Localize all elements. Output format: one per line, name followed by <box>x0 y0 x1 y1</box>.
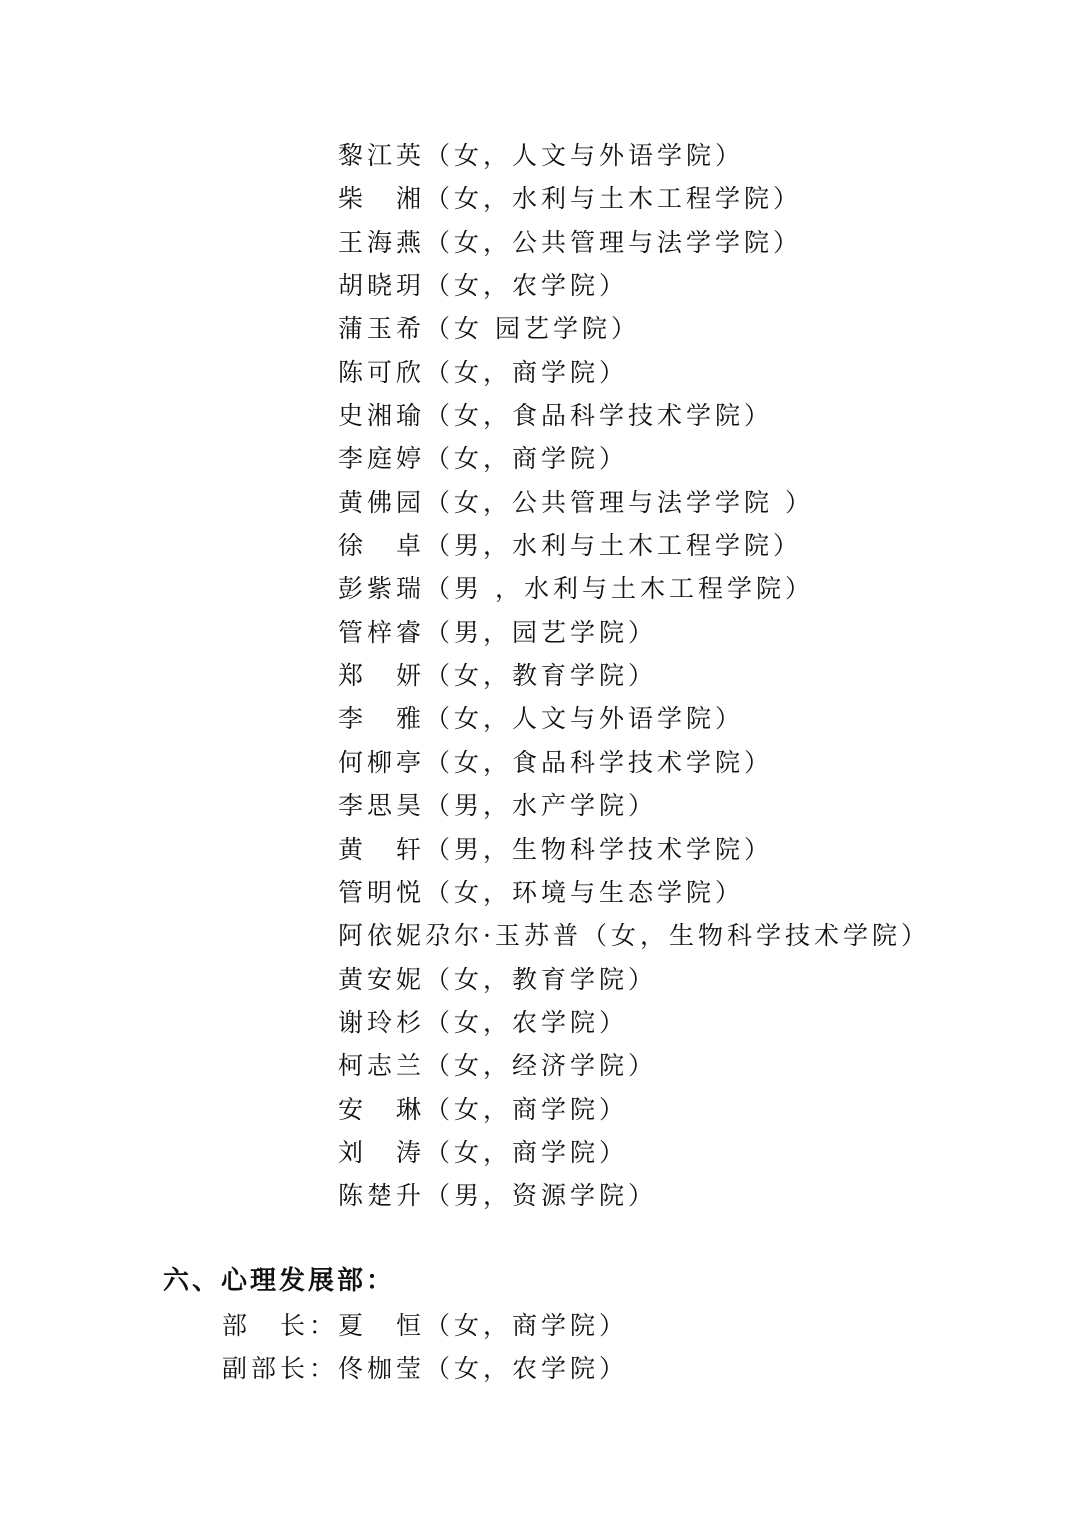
member-entry: 柴 湘（女，水利与土木工程学院） <box>338 177 930 220</box>
document-page: 黎江英（女，人文与外语学院） 柴 湘（女，水利与土木工程学院） 王海燕（女，公共… <box>0 0 1074 1520</box>
member-detail: （女，环境与生态学院） <box>425 878 744 907</box>
member-name: 蒲玉希 <box>338 307 425 350</box>
member-entry: 柯志兰（女，经济学院） <box>338 1044 930 1087</box>
member-entry: 徐 卓（男，水利与土木工程学院） <box>338 524 930 567</box>
leader-role: 部 长： <box>222 1304 338 1347</box>
member-name: 陈楚升 <box>338 1174 425 1217</box>
member-name: 李庭婷 <box>338 437 425 480</box>
member-entry: 郑 妍（女，教育学院） <box>338 654 930 697</box>
member-name: 谢玲杉 <box>338 1001 425 1044</box>
member-detail: （女，商学院） <box>425 444 628 473</box>
member-name: 史湘瑜 <box>338 394 425 437</box>
member-name: 阿依妮尕尔·玉苏普 <box>338 914 582 957</box>
member-detail: （男 ，水利与土木工程学院） <box>425 574 814 603</box>
member-entry: 黎江英（女，人文与外语学院） <box>338 134 930 177</box>
member-name: 柴 湘 <box>338 177 425 220</box>
member-entry: 彭紫瑞（男 ，水利与土木工程学院） <box>338 567 930 610</box>
member-name: 黄 轩 <box>338 828 425 871</box>
member-name: 胡晓玥 <box>338 264 425 307</box>
leader-detail: （女，农学院） <box>425 1354 628 1383</box>
member-detail: （女，生物科学技术学院） <box>582 921 930 950</box>
member-entry: 黄安妮（女，教育学院） <box>338 958 930 1001</box>
member-detail: （女，商学院） <box>425 1138 628 1167</box>
member-name: 徐 卓 <box>338 524 425 567</box>
member-entry: 何柳亭（女，食品科学技术学院） <box>338 741 930 784</box>
member-entry: 李庭婷（女，商学院） <box>338 437 930 480</box>
leader-entry-head: 部 长：夏 恒（女，商学院） <box>222 1304 628 1347</box>
member-entry: 管梓睿（男，园艺学院） <box>338 611 930 654</box>
member-entry: 李 雅（女，人文与外语学院） <box>338 697 930 740</box>
member-entry: 刘 涛（女，商学院） <box>338 1131 930 1174</box>
member-entry: 史湘瑜（女，食品科学技术学院） <box>338 394 930 437</box>
leader-name: 夏 恒 <box>338 1311 425 1340</box>
member-detail: （女，农学院） <box>425 271 628 300</box>
member-detail: （女，食品科学技术学院） <box>425 401 773 430</box>
section-psychological-development: 六、心理发展部： 部 长：夏 恒（女，商学院） 副部长：佟枷莹（女，农学院） <box>163 1258 628 1391</box>
leader-role: 副部长： <box>222 1347 338 1390</box>
member-entry: 安 琳（女，商学院） <box>338 1088 930 1131</box>
member-entry: 陈楚升（男，资源学院） <box>338 1174 930 1217</box>
leader-detail: （女，商学院） <box>425 1311 628 1340</box>
member-entry: 黄佛园（女，公共管理与法学学院 ） <box>338 481 930 524</box>
member-name: 黄安妮 <box>338 958 425 1001</box>
member-detail: （男，生物科学技术学院） <box>425 835 773 864</box>
member-name: 管梓睿 <box>338 611 425 654</box>
member-name: 郑 妍 <box>338 654 425 697</box>
member-detail: （女，商学院） <box>425 358 628 387</box>
leader-name: 佟枷莹 <box>338 1354 425 1383</box>
member-detail: （女，食品科学技术学院） <box>425 748 773 777</box>
member-name: 黎江英 <box>338 134 425 177</box>
member-detail: （女，教育学院） <box>425 965 657 994</box>
member-entry: 胡晓玥（女，农学院） <box>338 264 930 307</box>
member-name: 李 雅 <box>338 697 425 740</box>
member-detail: （女，人文与外语学院） <box>425 704 744 733</box>
member-detail: （男，水产学院） <box>425 791 657 820</box>
member-list: 黎江英（女，人文与外语学院） 柴 湘（女，水利与土木工程学院） 王海燕（女，公共… <box>338 134 930 1218</box>
member-name: 安 琳 <box>338 1088 425 1131</box>
member-detail: （女 园艺学院） <box>425 314 640 343</box>
member-detail: （女，人文与外语学院） <box>425 141 744 170</box>
member-entry: 李思昊（男，水产学院） <box>338 784 930 827</box>
member-entry: 王海燕（女，公共管理与法学学院） <box>338 221 930 264</box>
member-name: 彭紫瑞 <box>338 567 425 610</box>
section-title: 六、心理发展部： <box>163 1258 628 1304</box>
member-detail: （男，资源学院） <box>425 1181 657 1210</box>
member-detail: （女，公共管理与法学学院 ） <box>425 488 814 517</box>
member-entry: 蒲玉希（女 园艺学院） <box>338 307 930 350</box>
member-entry: 管明悦（女，环境与生态学院） <box>338 871 930 914</box>
member-detail: （女，教育学院） <box>425 661 657 690</box>
member-entry: 陈可欣（女，商学院） <box>338 351 930 394</box>
member-detail: （男，水利与土木工程学院） <box>425 531 802 560</box>
member-name: 王海燕 <box>338 221 425 264</box>
member-detail: （男，园艺学院） <box>425 618 657 647</box>
member-entry: 黄 轩（男，生物科学技术学院） <box>338 828 930 871</box>
member-detail: （女，农学院） <box>425 1008 628 1037</box>
member-detail: （女，公共管理与法学学院） <box>425 228 802 257</box>
member-name: 柯志兰 <box>338 1044 425 1087</box>
member-name: 刘 涛 <box>338 1131 425 1174</box>
member-entry: 谢玲杉（女，农学院） <box>338 1001 930 1044</box>
member-name: 李思昊 <box>338 784 425 827</box>
member-detail: （女，经济学院） <box>425 1051 657 1080</box>
member-name: 管明悦 <box>338 871 425 914</box>
leader-entry-deputy: 副部长：佟枷莹（女，农学院） <box>222 1347 628 1390</box>
member-name: 陈可欣 <box>338 351 425 394</box>
member-detail: （女，商学院） <box>425 1095 628 1124</box>
member-name: 黄佛园 <box>338 481 425 524</box>
member-detail: （女，水利与土木工程学院） <box>425 184 802 213</box>
member-entry: 阿依妮尕尔·玉苏普（女，生物科学技术学院） <box>338 914 930 957</box>
member-name: 何柳亭 <box>338 741 425 784</box>
